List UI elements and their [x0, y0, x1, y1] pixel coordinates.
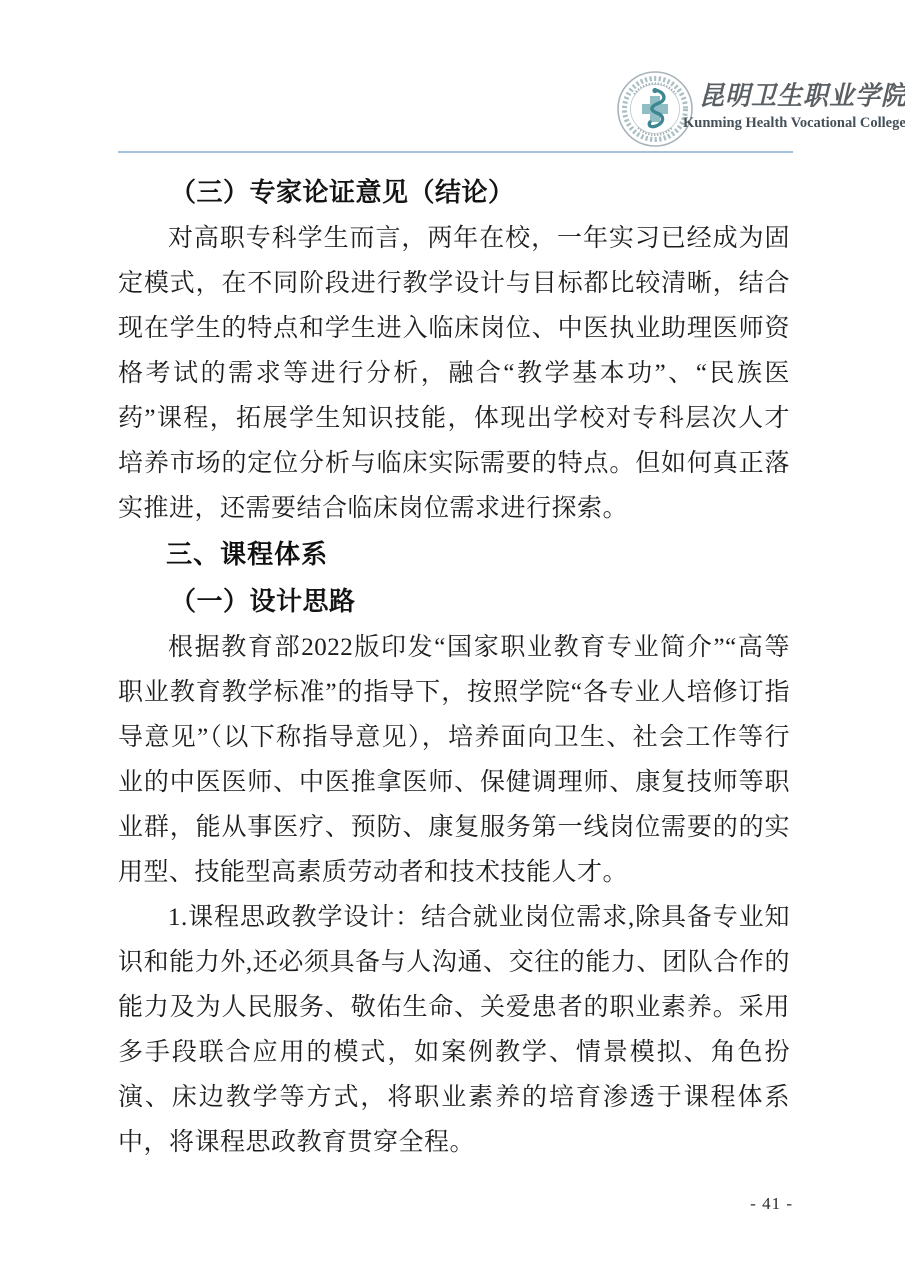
header-divider	[118, 151, 793, 153]
page-number: - 41 -	[0, 1194, 793, 1214]
heading-design-approach: （一）设计思路	[118, 578, 790, 625]
page-header: 昆明卫生职业学院 Kunming Health Vocational Colle…	[0, 68, 905, 152]
heading-expert-opinion: （三）专家论证意见（结论）	[118, 169, 790, 216]
heading-curriculum-system: 三、课程体系	[118, 531, 790, 578]
paragraph-ideological-design: 1.课程思政教学设计：结合就业岗位需求,除具备专业知识和能力外,还必须具备与人沟…	[118, 895, 790, 1165]
paragraph-design-approach: 根据教育部2022版印发“国家职业教育专业简介”“高等职业教育教学标准”的指导下…	[118, 625, 790, 895]
college-name-calligraphy: 昆明卫生职业学院	[699, 75, 889, 113]
college-seal-icon	[616, 70, 694, 148]
document-content: （三）专家论证意见（结论） 对高职专科学生而言，两年在校，一年实习已经成为固定模…	[118, 169, 790, 1165]
document-page: 昆明卫生职业学院 Kunming Health Vocational Colle…	[0, 0, 905, 1280]
college-name-english: Kunming Health Vocational College	[683, 115, 888, 132]
paragraph-expert-opinion: 对高职专科学生而言，两年在校，一年实习已经成为固定模式，在不同阶段进行教学设计与…	[118, 216, 790, 531]
